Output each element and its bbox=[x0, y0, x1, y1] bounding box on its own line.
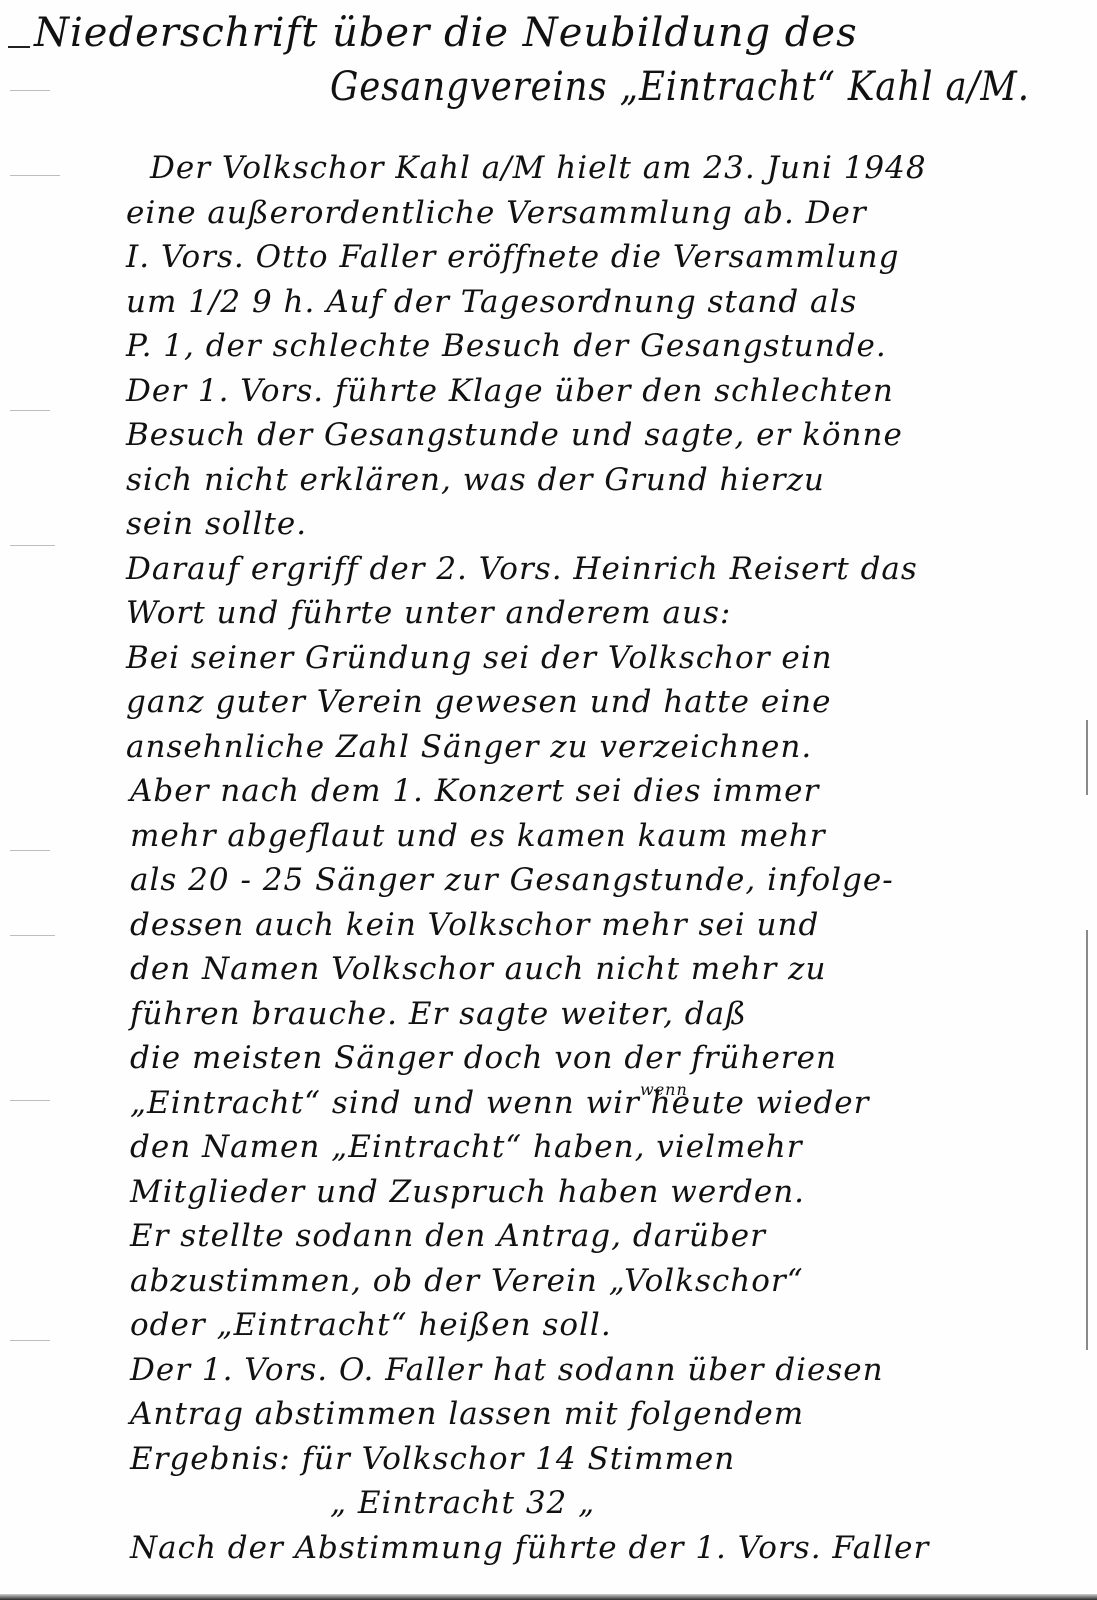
handwritten-line: sich nicht erklären, was der Grund hierz… bbox=[126, 462, 825, 498]
handwritten-line: den Namen „Eintracht“ haben, vielmehr bbox=[130, 1129, 803, 1165]
scan-artifact bbox=[10, 1340, 50, 1341]
handwritten-line: Der 1. Vors. führte Klage über den schle… bbox=[126, 373, 894, 409]
handwritten-line: als 20 - 25 Sänger zur Gesangstunde, inf… bbox=[130, 862, 894, 898]
handwritten-line: Ergebnis: für Volkschor 14 Stimmen bbox=[130, 1441, 735, 1477]
handwritten-line: Der 1. Vors. O. Faller hat sodann über d… bbox=[130, 1352, 884, 1388]
handwritten-line: I. Vors. Otto Faller eröffnete die Versa… bbox=[126, 239, 899, 275]
interlinear-insertion: wenn bbox=[640, 1080, 688, 1099]
handwritten-line: dessen auch kein Volkschor mehr sei und bbox=[130, 907, 819, 943]
handwritten-line: die meisten Sänger doch von der früheren bbox=[130, 1040, 837, 1076]
scan-artifact bbox=[10, 850, 50, 851]
handwritten-line: führen brauche. Er sagte weiter, daß bbox=[130, 996, 747, 1032]
document-title-line-1: Niederschrift über die Neubildung des bbox=[34, 10, 858, 56]
scanned-document-page: Niederschrift über die Neubildung des Ge… bbox=[0, 0, 1097, 1600]
scan-artifact bbox=[10, 410, 50, 411]
handwritten-line: mehr abgeflaut und es kamen kaum mehr bbox=[130, 818, 826, 854]
handwritten-line: Mitglieder und Zuspruch haben werden. bbox=[130, 1174, 805, 1210]
handwritten-line: den Namen Volkschor auch nicht mehr zu bbox=[130, 951, 826, 987]
handwritten-line: Aber nach dem 1. Konzert sei dies immer bbox=[130, 773, 819, 809]
document-title-line-2: Gesangvereins „Eintracht“ Kahl a/M. bbox=[330, 64, 1030, 110]
handwritten-line: Nach der Abstimmung führte der 1. Vors. … bbox=[130, 1530, 929, 1566]
handwritten-line: um 1/2 9 h. Auf der Tagesordnung stand a… bbox=[126, 284, 857, 320]
handwritten-line: P. 1, der schlechte Besuch der Gesangstu… bbox=[126, 328, 887, 364]
scan-artifact bbox=[10, 545, 55, 546]
handwritten-line: abzustimmen, ob der Verein „Volkschor“ bbox=[130, 1263, 804, 1299]
handwritten-line: „ Eintracht 32 „ bbox=[330, 1485, 595, 1521]
scan-artifact bbox=[10, 90, 50, 91]
handwritten-line: ganz guter Verein gewesen und hatte eine bbox=[126, 684, 831, 720]
scan-artifact bbox=[10, 1100, 50, 1101]
handwritten-line: Darauf ergriff der 2. Vors. Heinrich Rei… bbox=[126, 551, 918, 587]
scan-bottom-edge bbox=[0, 1594, 1097, 1600]
handwritten-line: sein sollte. bbox=[126, 506, 307, 542]
handwritten-line: Wort und führte unter anderem aus: bbox=[126, 595, 731, 631]
scan-edge-line bbox=[1086, 720, 1088, 795]
handwritten-line: ansehnliche Zahl Sänger zu verzeichnen. bbox=[126, 729, 812, 765]
handwritten-line: Der Volkschor Kahl a/M hielt am 23. Juni… bbox=[150, 150, 927, 186]
scan-edge-line bbox=[1086, 930, 1088, 1350]
handwritten-line: oder „Eintracht“ heißen soll. bbox=[130, 1307, 612, 1343]
handwritten-line: „Eintracht“ sind und wenn wir heute wied… bbox=[130, 1085, 869, 1121]
handwritten-line: eine außerordentliche Versammlung ab. De… bbox=[126, 195, 867, 231]
handwritten-line: Antrag abstimmen lassen mit folgendem bbox=[130, 1396, 804, 1432]
handwritten-line: Er stellte sodann den Antrag, darüber bbox=[130, 1218, 766, 1254]
margin-mark bbox=[8, 46, 30, 48]
scan-artifact bbox=[10, 935, 55, 936]
handwritten-line: Besuch der Gesangstunde und sagte, er kö… bbox=[126, 417, 903, 453]
scan-artifact bbox=[10, 175, 60, 176]
handwritten-line: Bei seiner Gründung sei der Volkschor ei… bbox=[126, 640, 833, 676]
